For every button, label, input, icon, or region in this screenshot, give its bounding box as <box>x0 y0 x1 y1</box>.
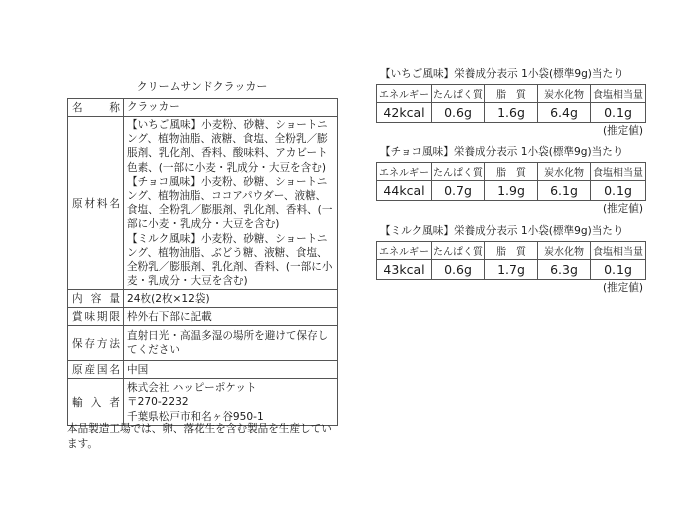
importer-company: 株式会社 ハッピーポケット <box>127 381 334 395</box>
product-title: クリームサンドクラッカー <box>67 80 337 94</box>
estimate-note: (推定値) <box>376 282 643 295</box>
label-value-expiry: 枠外右下部に記載 <box>124 308 338 326</box>
food-label-table: 名称 クラッカー 原材料名 【いちご風味】小麦粉、砂糖、ショートニング、植物油脂… <box>67 98 338 426</box>
value-salt: 0.1g <box>591 181 646 201</box>
nutrition-table: エネルギー たんぱく質 脂 質 炭水化物 食塩相当量 42kcal 0.6g 1… <box>376 84 646 123</box>
value-carbs: 6.4g <box>538 103 591 123</box>
label-value-quantity: 24枚(2枚×12袋) <box>124 290 338 308</box>
label-key-name: 名称 <box>68 99 124 117</box>
label-key-quantity: 内容量 <box>68 290 124 308</box>
label-key-origin: 原産国名 <box>68 361 124 379</box>
value-energy: 42kcal <box>377 103 432 123</box>
label-row-quantity: 内容量 24枚(2枚×12袋) <box>68 290 338 308</box>
value-fat: 1.7g <box>485 260 538 280</box>
label-row-importer: 輸入者 株式会社 ハッピーポケット 〒270-2232 千葉県松戸市和名ヶ谷95… <box>68 379 338 426</box>
nutrition-header-row: エネルギー たんぱく質 脂 質 炭水化物 食塩相当量 <box>377 85 646 103</box>
nutrition-value-row: 44kcal 0.7g 1.9g 6.1g 0.1g <box>377 181 646 201</box>
label-value-importer: 株式会社 ハッピーポケット 〒270-2232 千葉県松戸市和名ヶ谷950-1 <box>124 379 338 426</box>
label-row-ingredients: 原材料名 【いちご風味】小麦粉、砂糖、ショートニング、植物油脂、液糖、食塩、全粉… <box>68 117 338 290</box>
header-carbs: 炭水化物 <box>538 242 591 260</box>
header-fat: 脂 質 <box>485 163 538 181</box>
header-energy: エネルギー <box>377 163 432 181</box>
nutrition-value-row: 42kcal 0.6g 1.6g 6.4g 0.1g <box>377 103 646 123</box>
label-value-name: クラッカー <box>124 99 338 117</box>
ingredients-strawberry: 【いちご風味】小麦粉、砂糖、ショートニング、植物油脂、液糖、食塩、全粉乳／膨脹剤… <box>127 118 334 175</box>
value-salt: 0.1g <box>591 103 646 123</box>
header-fat: 脂 質 <box>485 85 538 103</box>
value-protein: 0.6g <box>432 260 485 280</box>
header-salt: 食塩相当量 <box>591 85 646 103</box>
label-row-name: 名称 クラッカー <box>68 99 338 117</box>
value-salt: 0.1g <box>591 260 646 280</box>
header-carbs: 炭水化物 <box>538 163 591 181</box>
estimate-note: (推定値) <box>376 203 643 216</box>
header-fat: 脂 質 <box>485 242 538 260</box>
value-energy: 44kcal <box>377 181 432 201</box>
label-row-storage: 保存方法 直射日光・高温多湿の場所を避けて保存してください <box>68 326 338 361</box>
nutrition-table: エネルギー たんぱく質 脂 質 炭水化物 食塩相当量 44kcal 0.7g 1… <box>376 162 646 201</box>
header-protein: たんぱく質 <box>432 242 485 260</box>
label-key-expiry: 賞味期限 <box>68 308 124 326</box>
header-salt: 食塩相当量 <box>591 163 646 181</box>
header-energy: エネルギー <box>377 242 432 260</box>
value-carbs: 6.1g <box>538 181 591 201</box>
estimate-note: (推定値) <box>376 125 643 138</box>
nutrition-table: エネルギー たんぱく質 脂 質 炭水化物 食塩相当量 43kcal 0.6g 1… <box>376 241 646 280</box>
nutrition-header-row: エネルギー たんぱく質 脂 質 炭水化物 食塩相当量 <box>377 163 646 181</box>
label-value-origin: 中国 <box>124 361 338 379</box>
value-protein: 0.6g <box>432 103 485 123</box>
nutrition-chocolate: 【チョコ風味】栄養成分表示 1小袋(標準9g)当たり エネルギー たんぱく質 脂… <box>376 146 643 216</box>
nutrition-title: 【ミルク風味】栄養成分表示 1小袋(標準9g)当たり <box>380 225 643 238</box>
header-carbs: 炭水化物 <box>538 85 591 103</box>
value-protein: 0.7g <box>432 181 485 201</box>
nutrition-strawberry: 【いちご風味】栄養成分表示 1小袋(標準9g)当たり エネルギー たんぱく質 脂… <box>376 68 643 138</box>
label-row-origin: 原産国名 中国 <box>68 361 338 379</box>
label-key-importer: 輸入者 <box>68 379 124 426</box>
value-fat: 1.6g <box>485 103 538 123</box>
nutrition-header-row: エネルギー たんぱく質 脂 質 炭水化物 食塩相当量 <box>377 242 646 260</box>
allergy-note: 本品製造工場では、卵、落花生を含む製品を生産しています。 <box>67 422 342 451</box>
value-fat: 1.9g <box>485 181 538 201</box>
nutrition-title: 【いちご風味】栄養成分表示 1小袋(標準9g)当たり <box>380 68 643 81</box>
label-value-ingredients: 【いちご風味】小麦粉、砂糖、ショートニング、植物油脂、液糖、食塩、全粉乳／膨脹剤… <box>124 117 338 290</box>
importer-postal: 〒270-2232 <box>127 395 334 409</box>
value-energy: 43kcal <box>377 260 432 280</box>
label-row-expiry: 賞味期限 枠外右下部に記載 <box>68 308 338 326</box>
header-protein: たんぱく質 <box>432 163 485 181</box>
label-key-ingredients: 原材料名 <box>68 117 124 290</box>
nutrition-value-row: 43kcal 0.6g 1.7g 6.3g 0.1g <box>377 260 646 280</box>
header-salt: 食塩相当量 <box>591 242 646 260</box>
ingredients-milk: 【ミルク風味】小麦粉、砂糖、ショートニング、植物油脂、ぶどう糖、液糖、食塩、全粉… <box>127 232 334 289</box>
header-protein: たんぱく質 <box>432 85 485 103</box>
value-carbs: 6.3g <box>538 260 591 280</box>
label-value-storage: 直射日光・高温多湿の場所を避けて保存してください <box>124 326 338 361</box>
label-key-storage: 保存方法 <box>68 326 124 361</box>
header-energy: エネルギー <box>377 85 432 103</box>
nutrition-milk: 【ミルク風味】栄養成分表示 1小袋(標準9g)当たり エネルギー たんぱく質 脂… <box>376 225 643 295</box>
nutrition-title: 【チョコ風味】栄養成分表示 1小袋(標準9g)当たり <box>380 146 643 159</box>
ingredients-chocolate: 【チョコ風味】小麦粉、砂糖、ショートニング、植物油脂、ココアパウダー、液糖、食塩… <box>127 175 334 232</box>
